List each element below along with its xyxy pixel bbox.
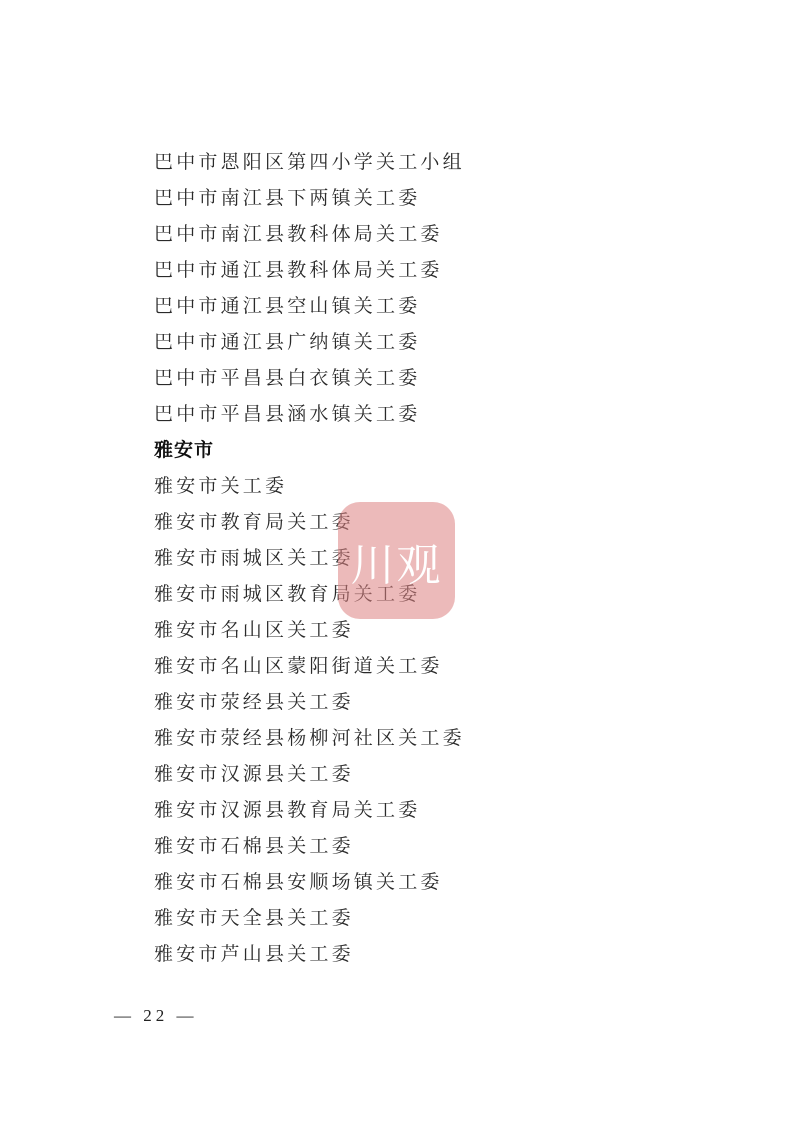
list-item: 巴中市南江县下两镇关工委 bbox=[154, 180, 465, 216]
list-item: 雅安市名山区蒙阳街道关工委 bbox=[154, 648, 465, 684]
list-item: 巴中市南江县教科体局关工委 bbox=[154, 216, 465, 252]
page-number: — 22 — bbox=[114, 1006, 198, 1026]
watermark-text: 川观 bbox=[351, 529, 443, 593]
list-item: 巴中市平昌县涵水镇关工委 bbox=[154, 396, 465, 432]
list-item: 雅安市荥经县关工委 bbox=[154, 684, 465, 720]
list-item: 巴中市通江县教科体局关工委 bbox=[154, 252, 465, 288]
list-item: 巴中市恩阳区第四小学关工小组 bbox=[154, 144, 465, 180]
list-item: 巴中市通江县空山镇关工委 bbox=[154, 288, 465, 324]
section-heading-yaan: 雅安市 bbox=[154, 432, 465, 468]
list-item: 雅安市石棉县关工委 bbox=[154, 828, 465, 864]
list-item: 雅安市芦山县关工委 bbox=[154, 936, 465, 972]
chuanguan-watermark-logo: 川观 bbox=[338, 502, 455, 619]
list-item: 巴中市通江县广纳镇关工委 bbox=[154, 324, 465, 360]
list-item: 雅安市天全县关工委 bbox=[154, 900, 465, 936]
list-item: 雅安市关工委 bbox=[154, 468, 465, 504]
list-item: 雅安市汉源县关工委 bbox=[154, 756, 465, 792]
list-item: 雅安市荥经县杨柳河社区关工委 bbox=[154, 720, 465, 756]
list-item: 雅安市石棉县安顺场镇关工委 bbox=[154, 864, 465, 900]
list-item: 雅安市汉源县教育局关工委 bbox=[154, 792, 465, 828]
list-item: 巴中市平昌县白衣镇关工委 bbox=[154, 360, 465, 396]
